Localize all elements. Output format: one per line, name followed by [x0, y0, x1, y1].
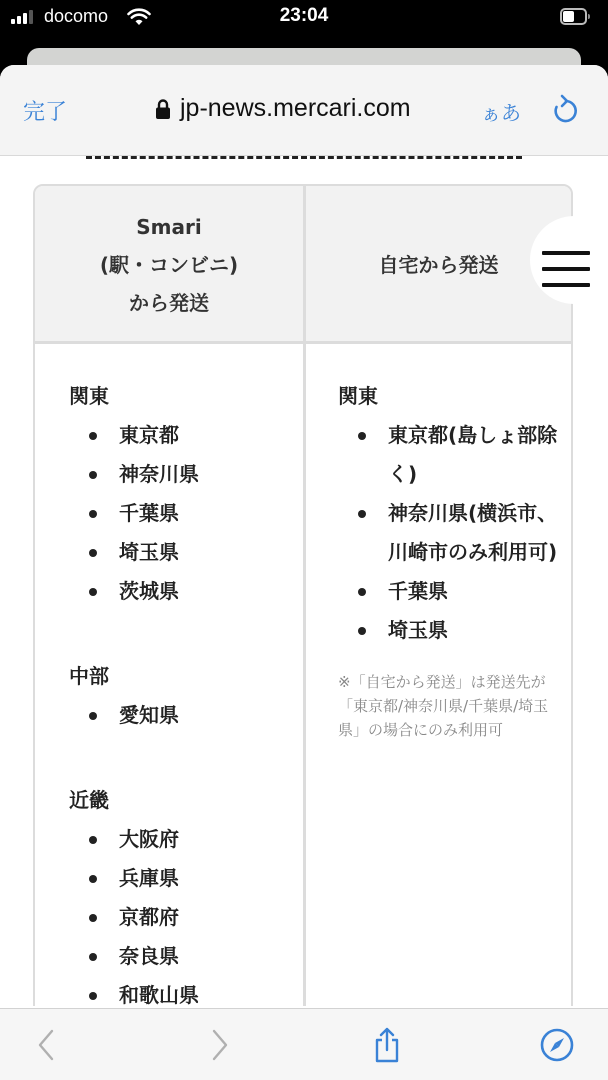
list-item: 茨城県: [69, 572, 299, 611]
list-item: 千葉県: [338, 572, 558, 611]
hamburger-menu-button[interactable]: [530, 216, 608, 304]
done-button[interactable]: 完了: [23, 95, 67, 126]
region-chubu: 中部 愛知県: [69, 657, 299, 735]
battery-icon: [560, 8, 587, 25]
list-item: 神奈川県: [69, 455, 299, 494]
share-icon[interactable]: [370, 1027, 404, 1063]
list-item: 京都府: [69, 898, 299, 937]
region-kinki: 近畿 大阪府 兵庫県 京都府 奈良県 和歌山県: [69, 781, 299, 1006]
availability-note: ※「自宅から発送」は発送先が「東京都/神奈川県/千葉県/埼玉県」の場合にのみ利用…: [338, 670, 558, 742]
list-item: 和歌山県: [69, 976, 299, 1006]
url-text: jp-news.mercari.com: [180, 94, 411, 123]
list-item: 千葉県: [69, 494, 299, 533]
list-item: 神奈川県(横浜市、川崎市のみ利用可): [338, 494, 558, 572]
region-kanto: 関東 東京都 神奈川県 千葉県 埼玉県 茨城県: [69, 377, 299, 611]
list-item: 奈良県: [69, 937, 299, 976]
hamburger-menu-icon: [542, 251, 590, 255]
clock: 23:04: [0, 5, 608, 27]
list-item: 埼玉県: [338, 611, 558, 650]
browser-nav-bar: 完了 jp-news.mercari.com ぁあ: [0, 65, 608, 156]
browser-toolbar: [0, 1008, 608, 1080]
page-content: Smari (駅・コンビニ) から発送 自宅から発送 関東 東京都 神奈川県 千…: [0, 156, 608, 1006]
list-item: 東京都: [69, 416, 299, 455]
status-bar: docomo 23:04: [0, 0, 608, 40]
header-smari: Smari (駅・コンビニ) から発送: [35, 186, 303, 344]
home-shipping-areas: 関東 東京都(島しょ部除く) 神奈川県(横浜市、川崎市のみ利用可) 千葉県 埼玉…: [338, 347, 558, 742]
text-size-button[interactable]: ぁあ: [481, 97, 521, 126]
address-bar[interactable]: jp-news.mercari.com: [155, 94, 411, 123]
browser-sheet: 完了 jp-news.mercari.com ぁあ Smari (駅・コンビニ)…: [0, 65, 608, 1080]
list-item: 埼玉県: [69, 533, 299, 572]
forward-chevron-icon[interactable]: [202, 1027, 236, 1063]
smari-areas: 関東 東京都 神奈川県 千葉県 埼玉県 茨城県 中部 愛知県: [69, 347, 299, 1006]
list-item: 大阪府: [69, 820, 299, 859]
back-chevron-icon[interactable]: [30, 1027, 64, 1063]
lock-icon: [155, 98, 171, 120]
region-kanto: 関東 東京都(島しょ部除く) 神奈川県(横浜市、川崎市のみ利用可) 千葉県 埼玉…: [338, 377, 558, 650]
dashed-divider: [86, 156, 522, 159]
reload-icon[interactable]: [549, 94, 579, 126]
list-item: 東京都(島しょ部除く): [338, 416, 558, 494]
list-item: 愛知県: [69, 696, 299, 735]
list-item: 兵庫県: [69, 859, 299, 898]
compass-icon[interactable]: [540, 1027, 574, 1063]
shipping-area-table: Smari (駅・コンビニ) から発送 自宅から発送 関東 東京都 神奈川県 千…: [33, 184, 573, 1006]
